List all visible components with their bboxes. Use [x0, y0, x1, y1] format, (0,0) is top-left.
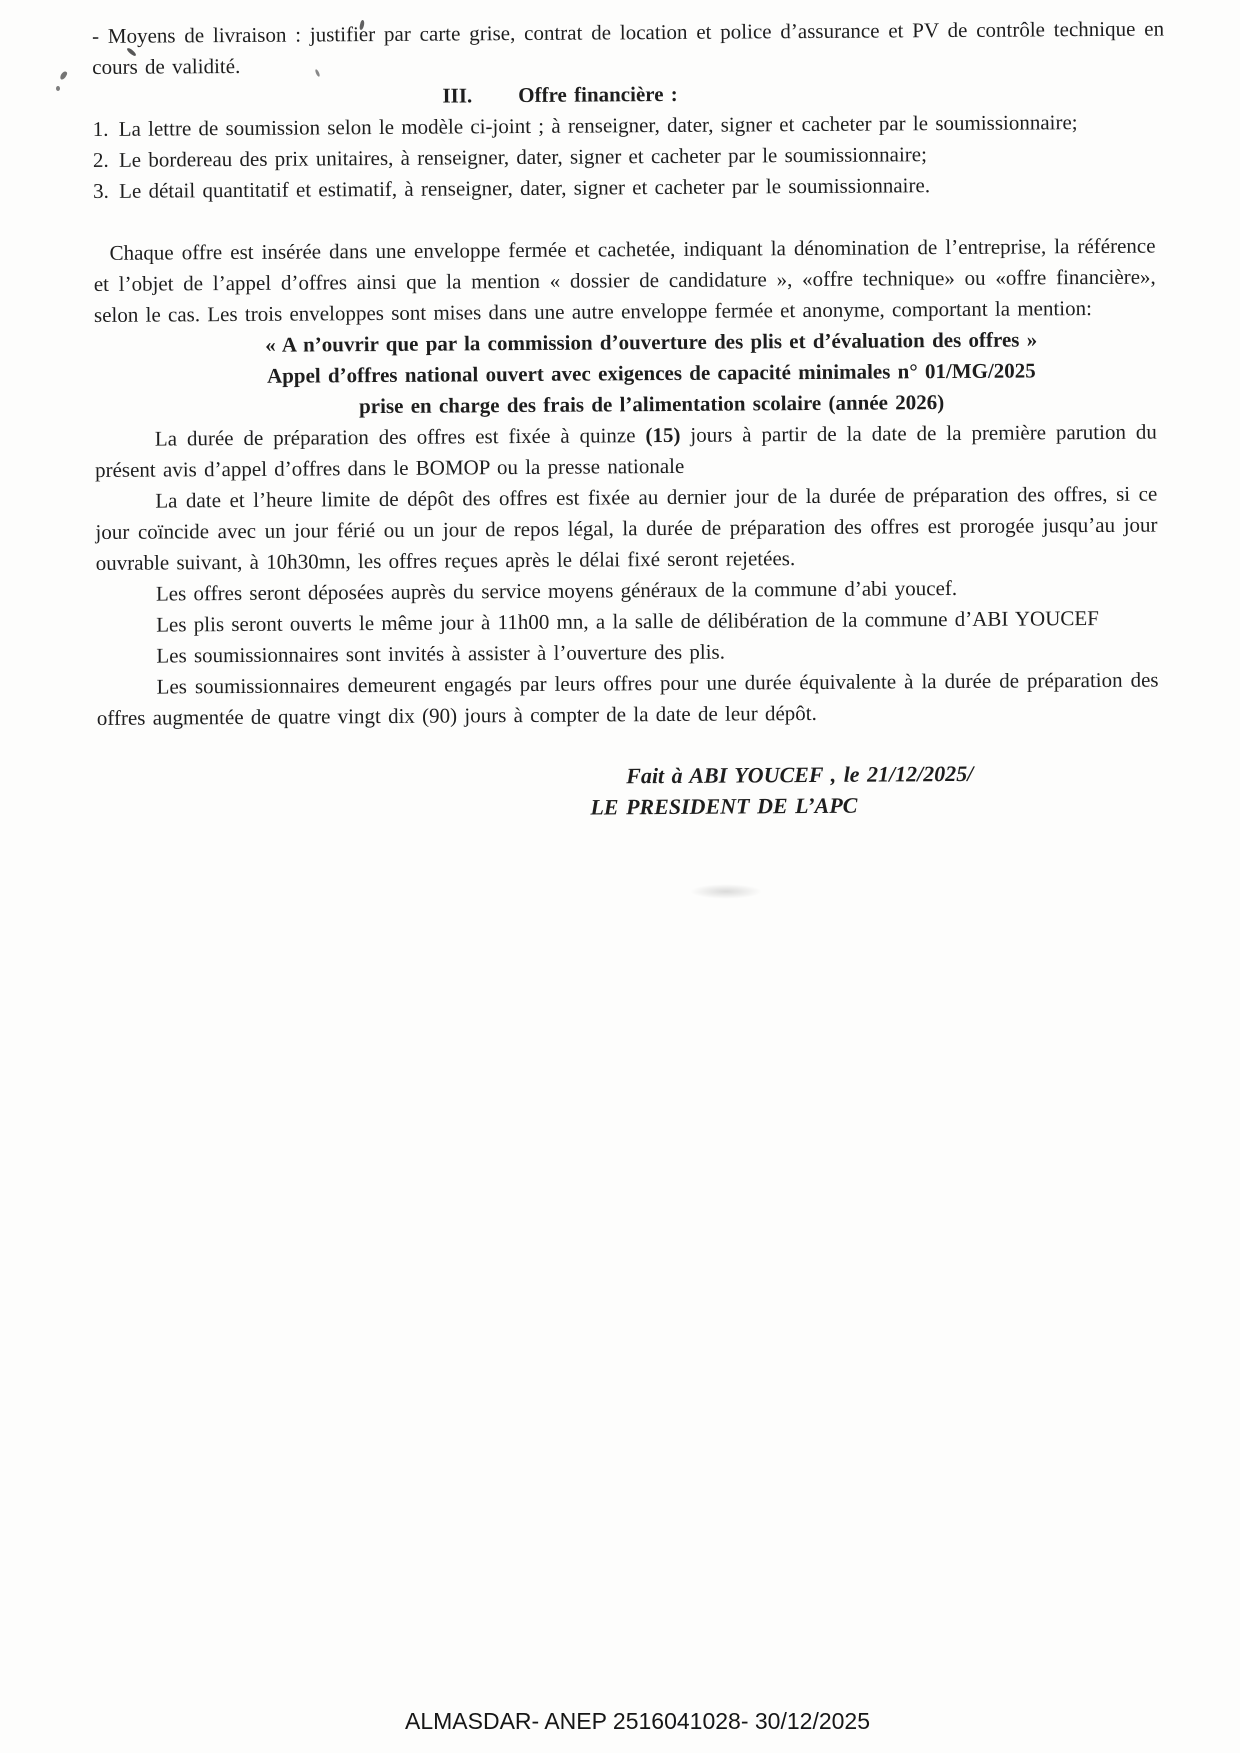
duration-text-before: La durée de préparation des offres est f…: [155, 423, 646, 450]
signature-block: Fait à ABI YOUCEF , le 21/12/2025/ LE PR…: [590, 757, 1150, 823]
signature-signer-title: LE PRESIDENT DE L’APC: [590, 788, 1150, 823]
scanned-tender-notice-page: - Moyens de livraison : justifier par ca…: [0, 0, 1240, 1753]
list-item-number: 2.: [93, 145, 119, 176]
preparation-duration-paragraph: La durée de préparation des offres est f…: [95, 417, 1157, 486]
section-number: III.: [442, 80, 472, 111]
list-item-number: 1.: [93, 114, 119, 145]
document-body: - Moyens de livraison : justifier par ca…: [0, 0, 1240, 827]
list-item: 3. Le détail quantitatif et estimatif, à…: [93, 168, 1185, 207]
scan-smudge: [690, 884, 762, 899]
section-title: Offre financière :: [518, 79, 678, 111]
commitment-paragraph: Les soumissionnaires demeurent engagés p…: [96, 665, 1158, 734]
envelope-paragraph: Chaque offre est insérée dans une envelo…: [93, 231, 1156, 331]
list-item-number: 3.: [93, 176, 119, 207]
footer-publication-line: ALMASDAR- ANEP 2516041028- 30/12/2025: [405, 1708, 870, 1735]
signature-place-date: Fait à ABI YOUCEF , le 21/12/2025/: [590, 757, 1150, 792]
list-item-text: Le détail quantitatif et estimatif, à re…: [119, 168, 1185, 206]
deadline-paragraph: La date et l’heure limite de dépôt des o…: [95, 479, 1158, 579]
delivery-means-clause: - Moyens de livraison : justifier par ca…: [92, 14, 1164, 83]
ink-speck: [56, 86, 60, 91]
envelope-mention-block: « A n’ouvrir que par la commission d’ouv…: [120, 323, 1183, 423]
financial-offer-list: 1. La lettre de soumission selon le modè…: [93, 106, 1186, 207]
duration-days-bold: (15): [645, 423, 680, 447]
